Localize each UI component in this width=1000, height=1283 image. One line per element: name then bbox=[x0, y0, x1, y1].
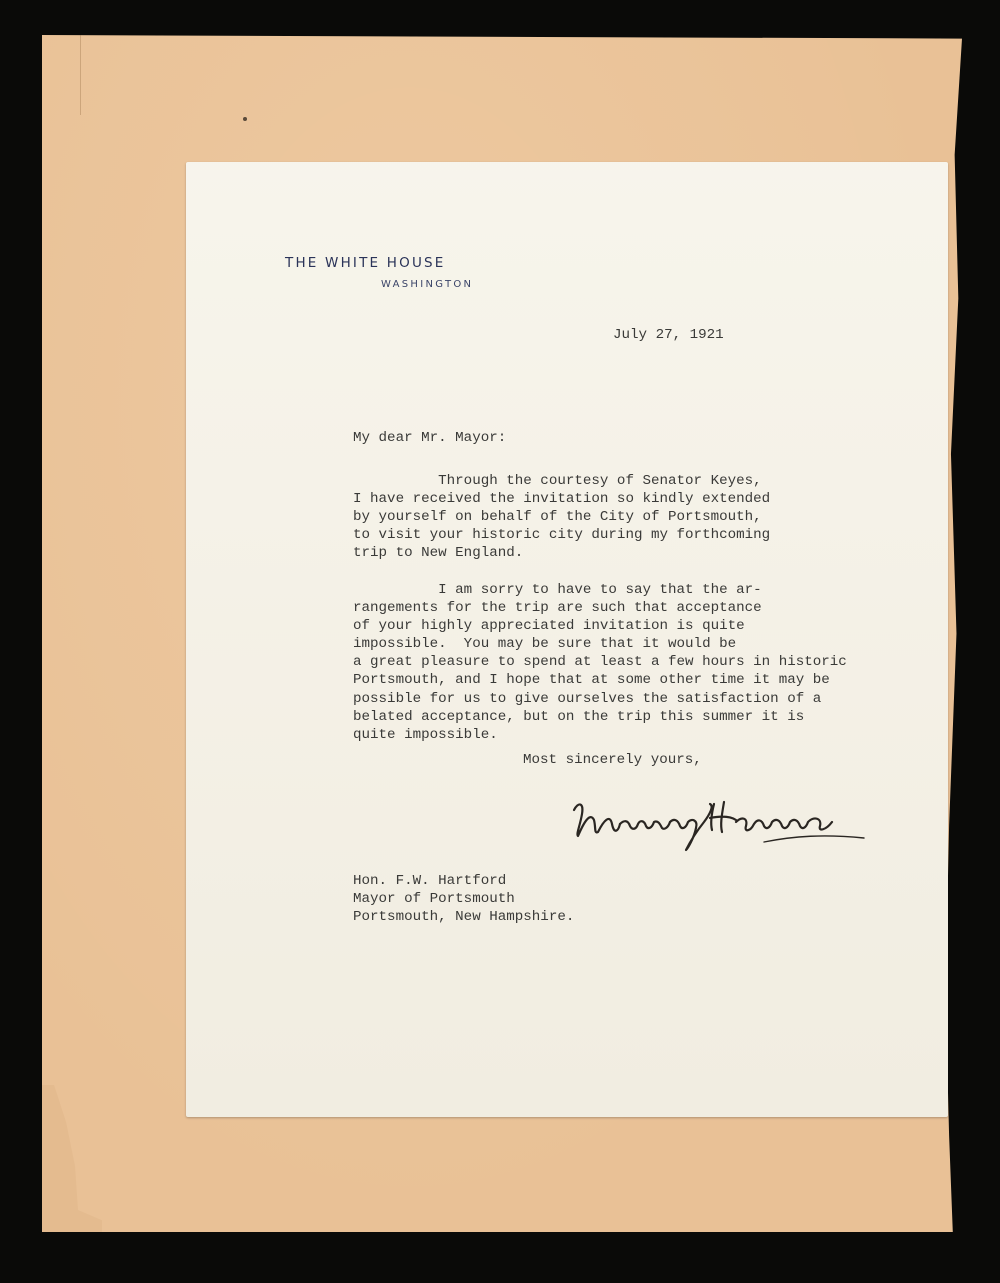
recipient-line-2: Mayor of Portsmouth bbox=[353, 891, 515, 907]
backing-crease bbox=[80, 35, 81, 115]
letterhead-title: THE WHITE HOUSE bbox=[285, 255, 446, 271]
paper-speck bbox=[243, 117, 247, 121]
letterhead-subtitle: WASHINGTON bbox=[381, 279, 473, 290]
letter-date: July 27, 1921 bbox=[613, 326, 724, 344]
signature-icon bbox=[564, 792, 914, 852]
recipient-line-1: Hon. F.W. Hartford bbox=[353, 873, 506, 889]
letter-closing: Most sincerely yours, bbox=[523, 751, 702, 769]
letter-salutation: My dear Mr. Mayor: bbox=[353, 429, 506, 447]
letter-paragraph-1: Through the courtesy of Senator Keyes, I… bbox=[353, 472, 770, 562]
letter-paragraph-2: I am sorry to have to say that the ar- r… bbox=[353, 581, 847, 744]
recipient-address: Hon. F.W. Hartford Mayor of Portsmouth P… bbox=[353, 872, 574, 926]
recipient-line-3: Portsmouth, New Hampshire. bbox=[353, 909, 574, 925]
letter-sheet: THE WHITE HOUSE WASHINGTON July 27, 1921… bbox=[186, 162, 948, 1117]
